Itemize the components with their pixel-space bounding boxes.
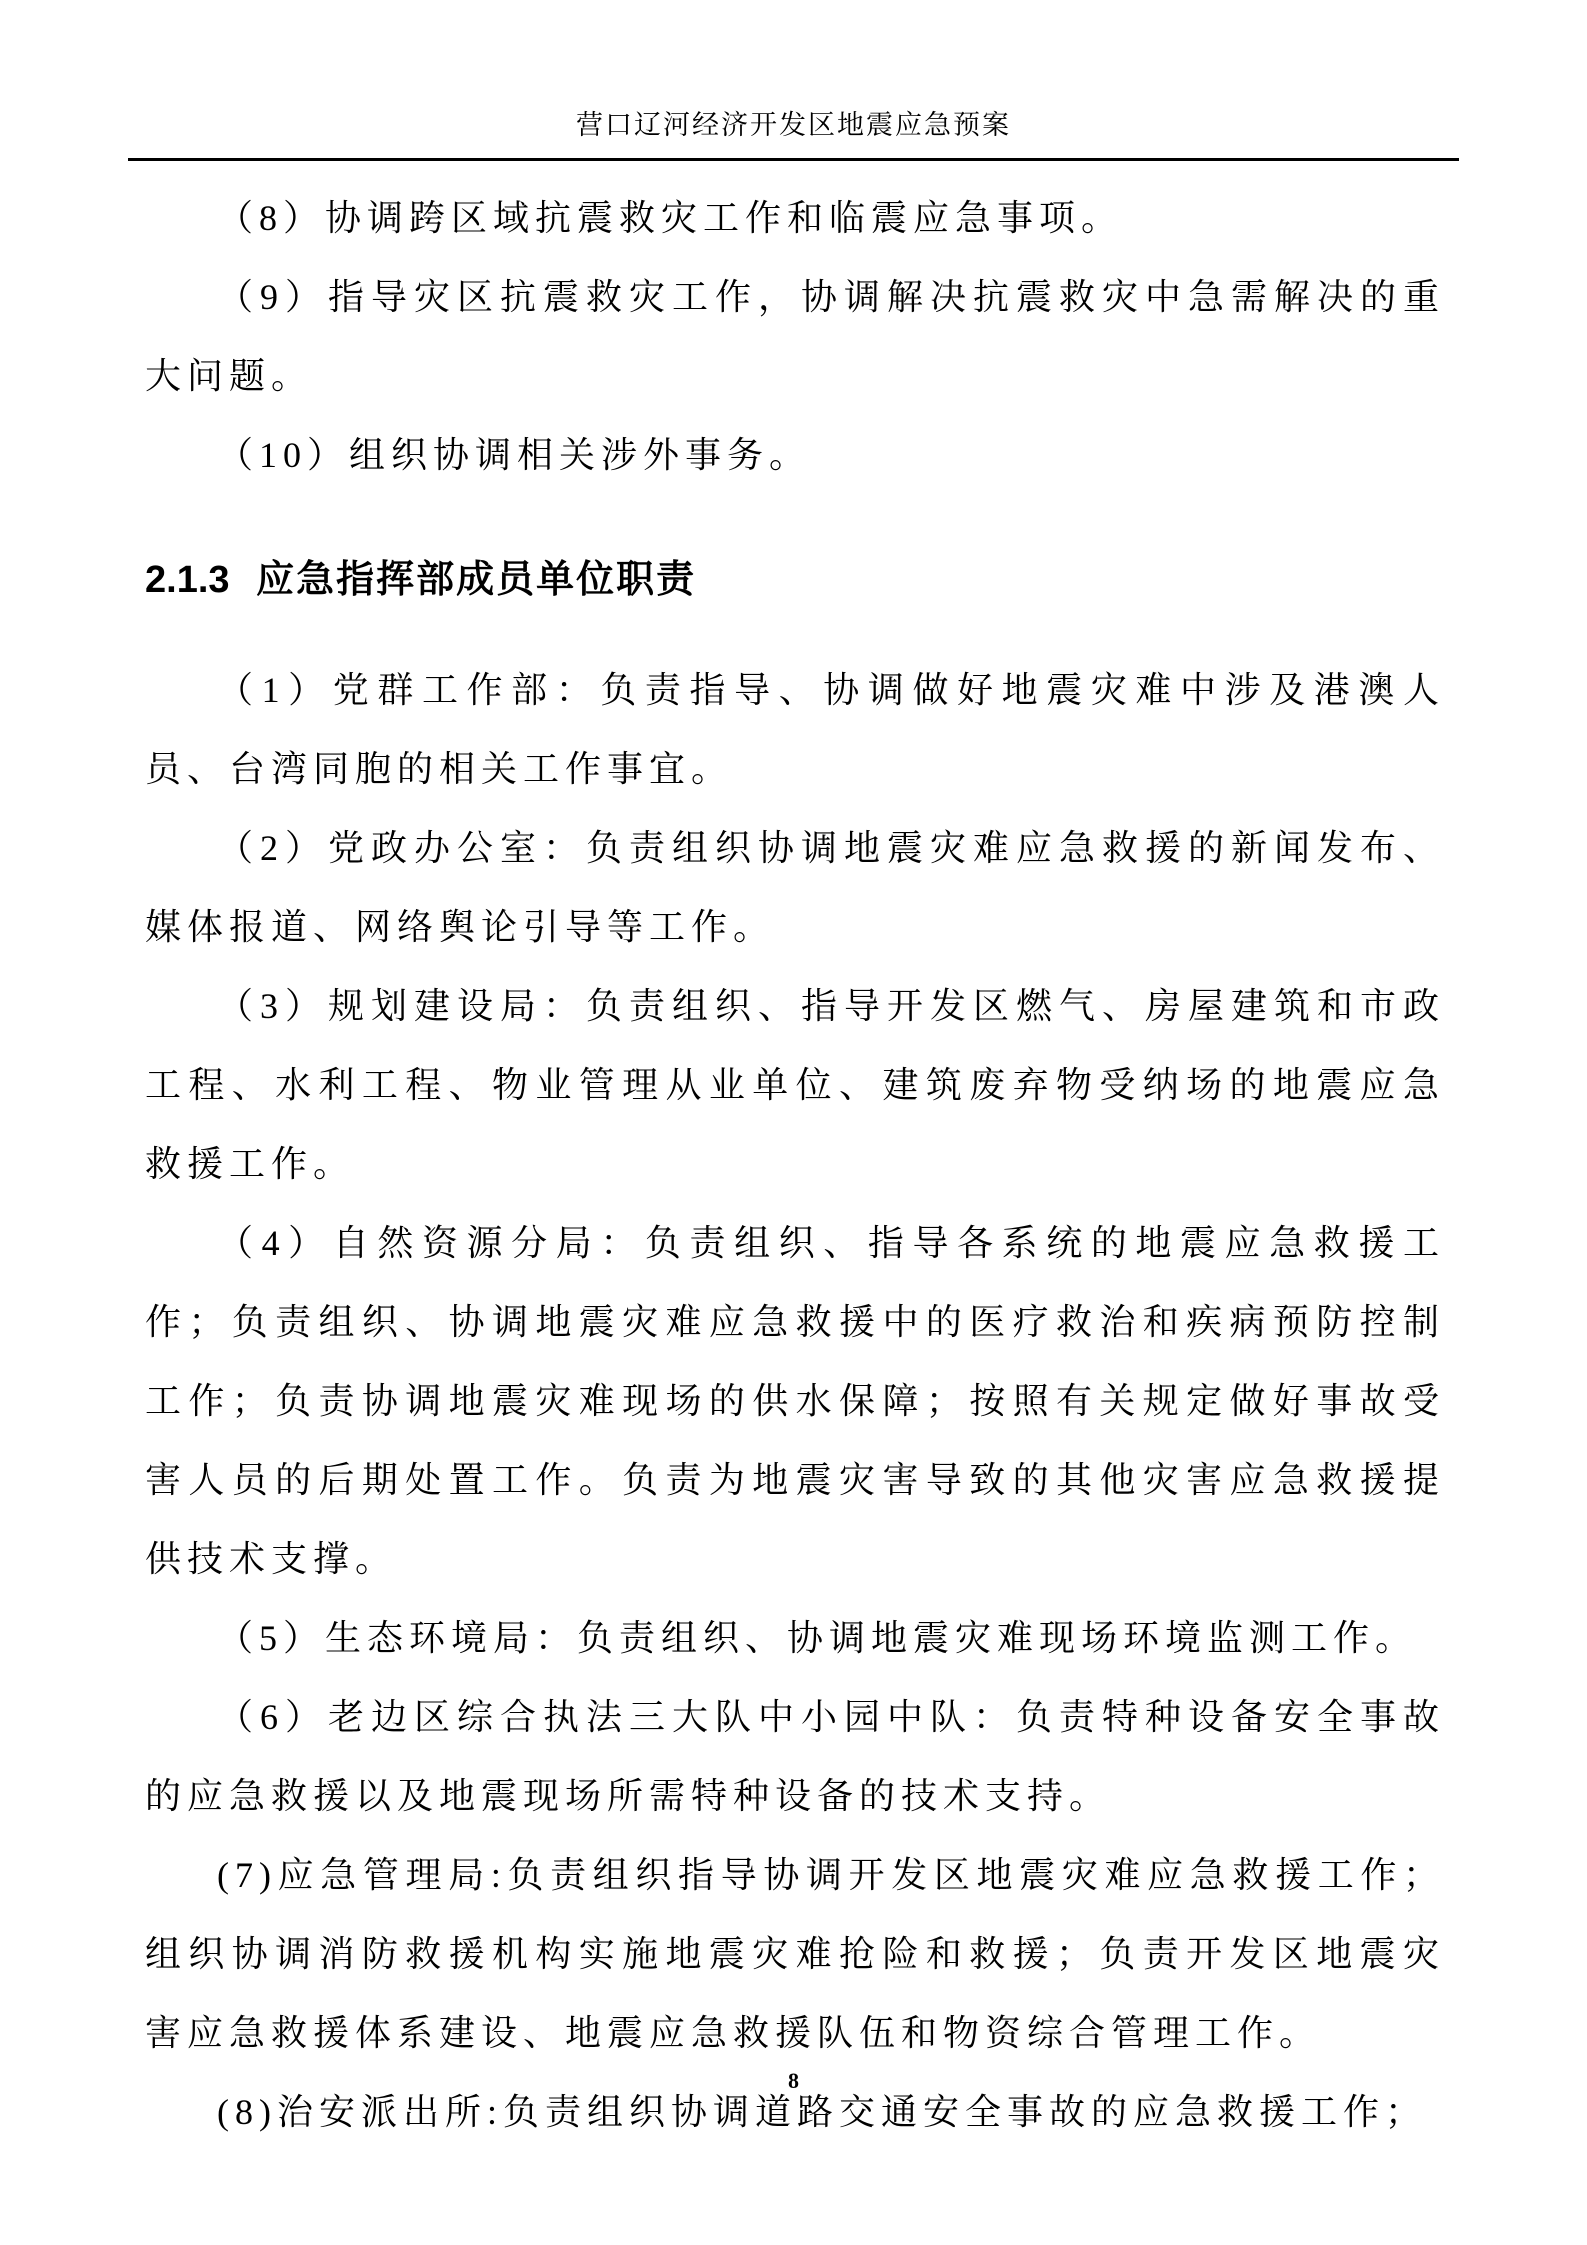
section-heading-number: 2.1.3 xyxy=(145,559,230,601)
page-number: 8 xyxy=(788,2068,799,2093)
paragraph-member-5: （5）生态环境局：负责组织、协调地震灾难现场环境监测工作。 xyxy=(145,1599,1445,1678)
paragraph-member-4: （4）自然资源分局：负责组织、指导各系统的地震应急救援工作；负责组织、协调地震灾… xyxy=(145,1204,1445,1599)
paragraph-item-8: （8）协调跨区域抗震救灾工作和临震应急事项。 xyxy=(145,179,1445,258)
paragraph-item-10: （10）组织协调相关涉外事务。 xyxy=(145,416,1445,495)
paragraph-member-6: （6）老边区综合执法三大队中小园中队：负责特种设备安全事故的应急救援以及地震现场… xyxy=(145,1678,1445,1836)
paragraph-item-9: （9）指导灾区抗震救灾工作，协调解决抗震救灾中急需解决的重大问题。 xyxy=(145,258,1445,416)
paragraph-member-2: （2）党政办公室：负责组织协调地震灾难应急救援的新闻发布、媒体报道、网络舆论引导… xyxy=(145,809,1445,967)
page-footer: 8 xyxy=(0,2066,1587,2096)
section-heading: 2.1.3 应急指挥部成员单位职责 xyxy=(145,551,1445,609)
document-title: 营口辽河经济开发区地震应急预案 xyxy=(0,106,1587,144)
paragraph-member-1: （1）党群工作部：负责指导、协调做好地震灾难中涉及港澳人员、台湾同胞的相关工作事… xyxy=(145,651,1445,809)
paragraph-member-7: (7)应急管理局:负责组织指导协调开发区地震灾难应急救援工作；组织协调消防救援机… xyxy=(145,1836,1445,2073)
page-header: 营口辽河经济开发区地震应急预案 xyxy=(0,0,1587,161)
section-heading-title: 应急指挥部成员单位职责 xyxy=(256,559,696,601)
document-body: （8）协调跨区域抗震救灾工作和临震应急事项。 （9）指导灾区抗震救灾工作，协调解… xyxy=(0,161,1587,2152)
document-page: 营口辽河经济开发区地震应急预案 （8）协调跨区域抗震救灾工作和临震应急事项。 （… xyxy=(0,0,1587,2245)
paragraph-member-3: （3）规划建设局：负责组织、指导开发区燃气、房屋建筑和市政工程、水利工程、物业管… xyxy=(145,967,1445,1204)
